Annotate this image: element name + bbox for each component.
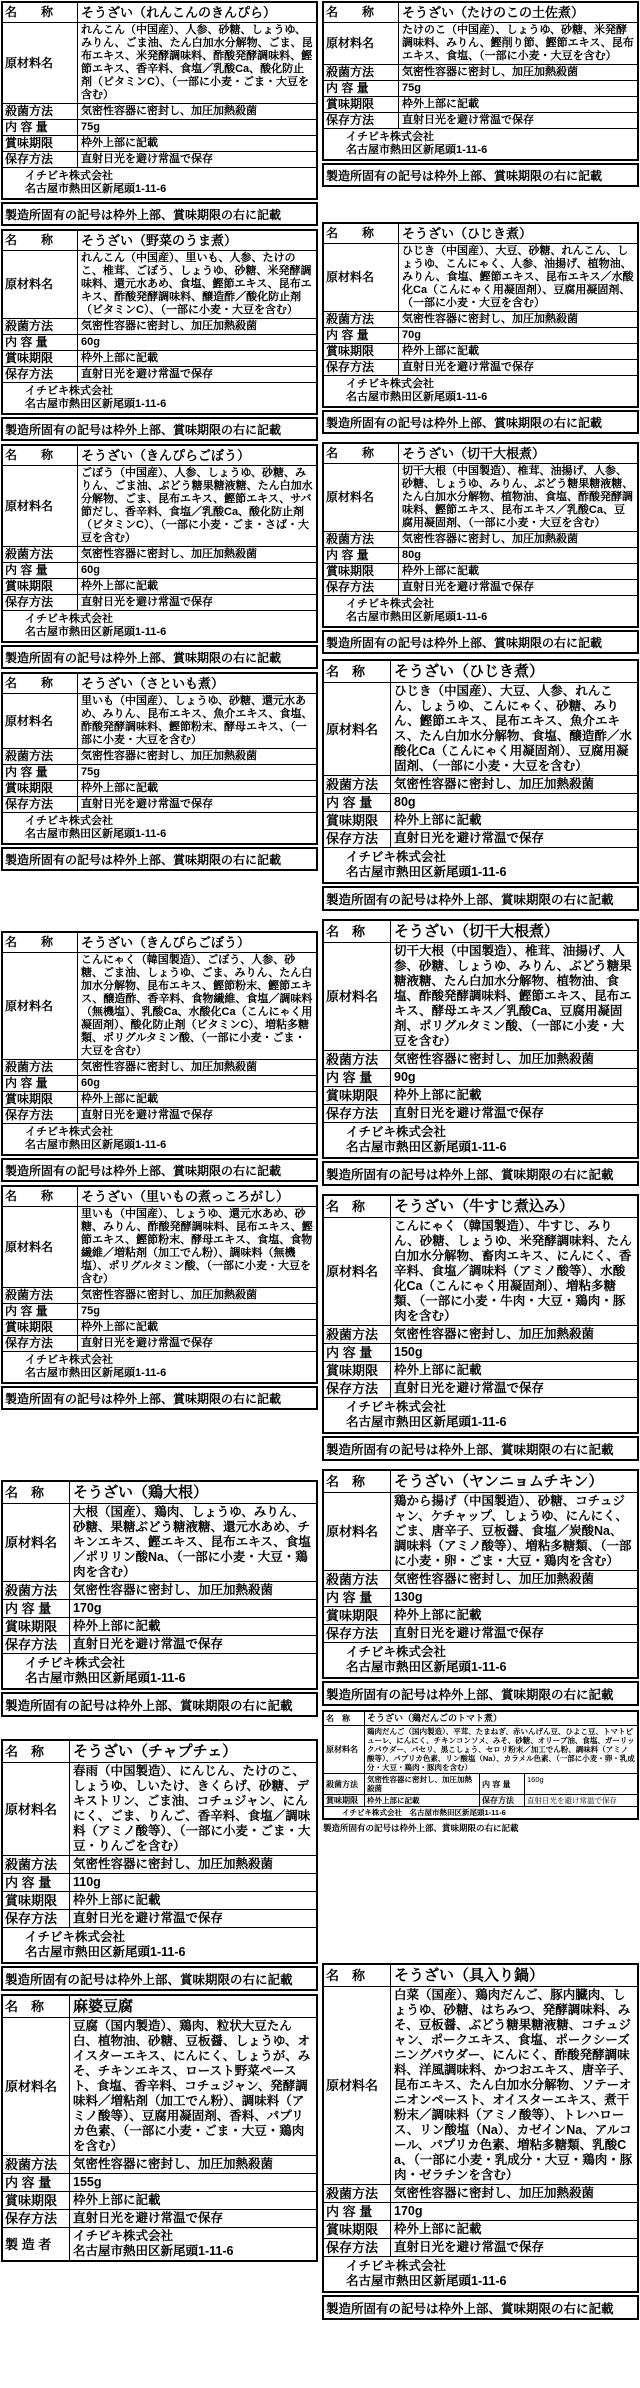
company-block: イチビキ株式会社名古屋市熱田区新尾頭1-11-6 [3, 1928, 187, 1962]
product-table: 名 称そうざい（たけのこの土佐煮）原材料名たけのこ（中国産）、しょうゆ、砂糖、米… [322, 1, 639, 161]
table-row: 殺菌方法気密性容器に密封し、加圧加熱殺菌 [324, 531, 637, 547]
table-row: 名 称そうざい（野菜のうま煮） [3, 231, 316, 250]
product-name: そうざい（野菜のうま煮） [78, 231, 316, 250]
content-label: 内 容 量 [3, 1304, 78, 1319]
seal-note: 製造所固有の記号は枠外上部、賞味期限の右に記載 [1, 1692, 318, 1717]
storage-value: 直射日光を避け常温で保存 [78, 367, 316, 382]
table-row: 殺菌方法気密性容器に密封し、加圧加熱殺菌 [3, 2155, 316, 2173]
right-column: 名 称そうざい（たけのこの土佐煮）原材料名たけのこ（中国産）、しょうゆ、砂糖、米… [322, 1, 639, 2320]
storage-value: 直射日光を避け常温で保存 [399, 113, 637, 128]
table-row: 原材料名こんにゃく（韓国製造）、ごぼう、人参、砂糖、ごま油、しょうゆ、ごま、みり… [3, 952, 316, 1059]
storage-label: 保存方法 [324, 2239, 391, 2256]
company-block: イチビキ株式会社名古屋市熱田区新尾頭1-11-6 [3, 168, 168, 198]
product-name: そうざい（ヤンニョムチキン） [391, 1471, 637, 1492]
expiry-value: 枠外上部に記載 [399, 564, 637, 579]
table-row: 原材料名れんこん（中国産）、里いも、人参、たけのこ、椎茸、ごぼう、しょうゆ、砂糖… [3, 250, 316, 318]
storage-value: 直射日光を避け常温で保存 [399, 360, 637, 375]
product-name: そうざい（さといも煮） [78, 674, 316, 693]
table-row: 殺菌方法気密性容器に密封し、加圧加熱殺菌 [324, 1325, 637, 1343]
company-address: 名古屋市熱田区新尾頭1-11-6 [346, 1660, 506, 1675]
product-table: 名 称そうざい（切干大根煮）原材料名切干大根（中国製造）、椎茸、油揚げ、人参、砂… [322, 442, 639, 628]
company-name: イチビキ株式会社 [25, 815, 166, 828]
expiry-value: 枠外上部に記載 [70, 1618, 316, 1635]
expiry-label: 賞味期限 [3, 781, 78, 796]
product-label-left-3: 名 称そうざい（きんぴらごぼう）原材料名ごぼう（中国産）、人参、しょうゆ、砂糖、… [1, 444, 318, 669]
storage-value: 直射日光を避け常温で保存 [78, 797, 316, 812]
table-row: 原材料名里いも（中国産）、しょうゆ、還元水あめ、砂糖、みりん、酢酸発酵調味料、昆… [3, 1206, 316, 1287]
table-row: 原材料名ひじき（中国産）、大豆、人参、れんこん、しょうゆ、こんにゃく、砂糖、みり… [324, 682, 637, 775]
company-name: イチビキ株式会社 [346, 378, 487, 391]
company-block: イチビキ株式会社名古屋市熱田区新尾頭1-11-6 [324, 129, 489, 159]
content-value: 75g [78, 765, 316, 780]
product-name: そうざい（切干大根煮） [399, 444, 637, 463]
sterilization-value: 気密性容器に密封し、加圧加熱殺菌 [70, 2156, 316, 2173]
content-value: 90g [391, 1069, 637, 1086]
company-block: イチビキ株式会社名古屋市熱田区新尾頭1-11-6 [3, 611, 168, 641]
company-name: イチビキ株式会社 [25, 1126, 166, 1139]
content-value: 70g [399, 328, 637, 343]
product-label-right-6: 名 称そうざい（牛すじ煮込み）原材料名こんにゃく（韓国製造）、牛すじ、みりん、砂… [322, 1194, 639, 1461]
content-label: 内 容 量 [324, 81, 399, 96]
storage-label: 保存方法 [324, 580, 399, 595]
company-address: 名古屋市熱田区新尾頭1-11-6 [73, 2244, 313, 2259]
company-block: イチビキ株式会社名古屋市熱田区新尾頭1-11-6 [324, 848, 508, 882]
storage-label: 保存方法 [324, 1625, 391, 1642]
company-row: イチビキ株式会社名古屋市熱田区新尾頭1-11-6 [324, 847, 637, 882]
sterilization-value: 気密性容器に密封し、加圧加熱殺菌 [399, 532, 637, 547]
expiry-value: 枠外上部に記載 [399, 344, 637, 359]
sterilization-label: 殺菌方法 [324, 2185, 391, 2202]
table-row: 原材料名こんにゃく（韓国製造）、牛すじ、みりん、砂糖、しょうゆ、米発酵調味料、た… [324, 1217, 637, 1325]
ingredients-label: 原材料名 [3, 1504, 70, 1581]
ingredients-label: 原材料名 [324, 1218, 391, 1325]
product-label-right-7: 名 称そうざい（ヤンニョムチキン）原材料名鶏から揚げ（中国製造）、砂糖、コチュジ… [322, 1469, 639, 1706]
table-row: 内 容 量110g [3, 1873, 316, 1891]
company-address: 名古屋市熱田区新尾頭1-11-6 [346, 2274, 506, 2289]
ingredients-label: 原材料名 [324, 464, 399, 531]
storage-value: 直射日光を避け常温で保存 [70, 2210, 316, 2227]
expiry-label: 賞味期限 [3, 579, 78, 594]
table-row: 保存方法直射日光を避け常温で保存 [324, 359, 637, 375]
ingredients-text: 鶏肉だんご（国内製造）、平茸、たまねぎ、赤いんげん豆、ひよこ豆、トマトピューレ、… [365, 1726, 637, 1773]
expiry-value: 枠外上部に記載 [78, 1320, 316, 1335]
storage-value: 直射日光を避け常温で保存 [78, 595, 316, 610]
sterilization-label: 殺菌方法 [3, 319, 78, 334]
product-label-right-4: 名 称そうざい（ひじき煮）原材料名ひじき（中国産）、大豆、人参、れんこん、しょう… [322, 659, 639, 911]
product-label-left-2: 名 称そうざい（野菜のうま煮）原材料名れんこん（中国産）、里いも、人参、たけのこ… [1, 229, 318, 441]
name-label: 名 称 [3, 1187, 78, 1206]
product-name: そうざい（きんぴらごぼう） [78, 446, 316, 465]
sterilization-value: 気密性容器に密封し、加圧加熱殺菌 [365, 1774, 479, 1794]
sterilization-value: 気密性容器に密封し、加圧加熱殺菌 [78, 104, 316, 119]
product-table: 名 称そうざい（さといも煮）原材料名里いも（中国産）、しょうゆ、砂糖、還元水あめ… [1, 672, 318, 845]
company-name: イチビキ株式会社 [25, 1930, 185, 1945]
ingredients-text: 大根（国産）、鶏肉、しょうゆ、みりん、砂糖、果糖ぶどう糖液糖、還元水あめ、チキン… [70, 1504, 316, 1581]
content-label: 内 容 量 [324, 2203, 391, 2220]
name-label: 名 称 [3, 1996, 70, 2017]
name-label: 名 称 [324, 1965, 391, 1986]
sterilization-label: 殺菌方法 [324, 312, 399, 327]
table-row: 保存方法直射日光を避け常温で保存 [324, 2238, 637, 2256]
name-label: 名 称 [324, 661, 391, 682]
company-name: イチビキ株式会社 [346, 131, 487, 144]
company-name: イチビキ株式会社 [346, 598, 487, 611]
table-row: 賞味期限枠外上部に記載 [324, 343, 637, 359]
product-table: 名 称そうざい（牛すじ煮込み）原材料名こんにゃく（韓国製造）、牛すじ、みりん、砂… [322, 1194, 639, 1434]
ingredients-text: 白菜（国産）、鶏肉だんご、豚内臓肉、しょうゆ、砂糖、はちみつ、発酵調味料、みそ、… [391, 1987, 637, 2184]
company-name: イチビキ株式会社 [25, 385, 166, 398]
company-address: 名古屋市熱田区新尾頭1-11-6 [25, 626, 166, 639]
expiry-label: 賞味期限 [324, 1607, 391, 1624]
storage-value: 直射日光を避け常温で保存 [70, 1636, 316, 1653]
expiry-value: 枠外上部に記載 [78, 781, 316, 796]
content-label: 内 容 量 [3, 2174, 70, 2191]
company-address: 名古屋市熱田区新尾頭1-11-6 [346, 1140, 506, 1155]
product-name: そうざい（鶏だんごのトマト煮） [365, 1712, 637, 1725]
company-block: イチビキ株式会社名古屋市熱田区新尾頭1-11-6 [3, 1654, 187, 1688]
table-row: 名 称そうざい（さといも煮） [3, 674, 316, 693]
sterilization-label: 殺菌方法 [324, 1571, 391, 1588]
expiry-value: 枠外上部に記載 [78, 1092, 316, 1107]
content-label: 内 容 量 [324, 328, 399, 343]
table-row: 内 容 量60g [3, 1075, 316, 1091]
company-block: イチビキ株式会社名古屋市熱田区新尾頭1-11-6 [3, 1124, 168, 1154]
product-table: 名 称そうざい（ひじき煮）原材料名ひじき（中国産）、大豆、砂糖、れんこん、しょう… [322, 222, 639, 408]
product-label-left-6: 名 称そうざい（里いもの煮っころがし）原材料名里いも（中国産）、しょうゆ、還元水… [1, 1185, 318, 1410]
ingredients-label: 原材料名 [324, 943, 391, 1050]
expiry-label: 賞味期限 [3, 2192, 70, 2209]
content-value: 110g [70, 1874, 316, 1891]
table-row: 賞味期限枠外上部に記載 [3, 780, 316, 796]
sterilization-label: 殺菌方法 [324, 1326, 391, 1343]
company-address: 名古屋市熱田区新尾頭1-11-6 [25, 1367, 166, 1380]
company-block: イチビキ株式会社名古屋市熱田区新尾頭1-11-6 [3, 383, 168, 413]
seal-note: 製造所固有の記号は枠外上部、賞味期限の右に記載 [322, 886, 639, 911]
product-name: そうざい（きんぴらごぼう） [78, 933, 316, 952]
company-address: 名古屋市熱田区新尾頭1-11-6 [25, 1671, 185, 1686]
expiry-label: 賞味期限 [3, 1092, 78, 1107]
company-row: イチビキ株式会社名古屋市熱田区新尾頭1-11-6 [3, 610, 316, 641]
product-table: 名 称そうざい（具入り鍋）原材料名白菜（国産）、鶏肉だんご、豚内臓肉、しょうゆ、… [322, 1963, 639, 2293]
expiry-label: 賞味期限 [3, 1618, 70, 1635]
product-table: 名 称そうざい（れんこんのきんぴら）原材料名れんこん（中国産）、人参、砂糖、しょ… [1, 1, 318, 200]
expiry-label: 賞味期限 [324, 1795, 365, 1806]
company-name: イチビキ株式会社 [346, 1400, 506, 1415]
table-row: 保存方法直射日光を避け常温で保存 [3, 1909, 316, 1927]
content-value: 155g [70, 2174, 316, 2191]
left-column: 名 称そうざい（れんこんのきんぴら）原材料名れんこん（中国産）、人参、砂糖、しょ… [1, 1, 318, 2320]
table-row: 原材料名春雨（中国製造）、にんじん、たけのこ、しょうゆ、しいたけ、きくらげ、砂糖… [3, 1762, 316, 1855]
table-row: 賞味期限枠外上部に記載 [3, 350, 316, 366]
table-row: 保存方法直射日光を避け常温で保存 [324, 1624, 637, 1642]
name-label: 名 称 [3, 231, 78, 250]
seal-note: 製造所固有の記号は枠外上部、賞味期限の右に記載 [1, 1386, 318, 1410]
product-name: そうざい（鶏大根） [70, 1482, 316, 1503]
name-label: 名 称 [3, 674, 78, 693]
sterilization-value: 気密性容器に密封し、加圧加熱殺菌 [391, 2185, 637, 2202]
product-table: 名 称そうざい（チャプチェ）原材料名春雨（中国製造）、にんじん、たけのこ、しょう… [1, 1739, 318, 1964]
storage-value: 直射日光を避け常温で保存 [391, 1625, 637, 1642]
table-row: 名 称そうざい（たけのこの土佐煮） [324, 3, 637, 22]
company-block: イチビキ株式会社名古屋市熱田区新尾頭1-11-6 [324, 2257, 508, 2291]
product-label-left-9: 名 称麻婆豆腐原材料名豆腐（国内製造）、鶏肉、粒状大豆たん白、植物油、砂糖、豆板… [1, 1994, 318, 2262]
product-table: 名 称そうざい（野菜のうま煮）原材料名れんこん（中国産）、里いも、人参、たけのこ… [1, 229, 318, 415]
table-row: 原材料名ごぼう（中国産）、人参、しょうゆ、砂糖、みりん、ごま油、ぶどう糖果糖液糖… [3, 465, 316, 546]
company-block: イチビキ株式会社名古屋市熱田区新尾頭1-11-6 [3, 1352, 168, 1382]
product-name: そうざい（牛すじ煮込み） [391, 1196, 637, 1217]
table-row: 内 容 量170g [3, 1599, 316, 1617]
ingredients-text: こんにゃく（韓国製造）、牛すじ、みりん、砂糖、しょうゆ、米発酵調味料、たん白加水… [391, 1218, 637, 1325]
table-row: 賞味期限枠外上部に記載 [3, 1319, 316, 1335]
company-name: イチビキ株式会社 [25, 613, 166, 626]
seal-note: 製造所固有の記号は枠外上部、賞味期限の右に記載 [1, 847, 318, 871]
name-label: 名 称 [324, 224, 399, 243]
company-inline: イチビキ株式会社 名古屋市熱田区新尾頭1-11-6 [324, 1807, 508, 1818]
name-label: 名 称 [3, 446, 78, 465]
company-row: イチビキ株式会社名古屋市熱田区新尾頭1-11-6 [3, 1351, 316, 1382]
ingredients-label: 原材料名 [324, 23, 399, 64]
content-value: 160g [525, 1774, 637, 1794]
table-row: 名 称そうざい（チャプチェ） [3, 1741, 316, 1762]
ingredients-text: 切干大根（中国製造）、椎茸、油揚げ、人参、砂糖、しょうゆ、みりん、ぶどう糖果糖液… [399, 464, 637, 531]
table-row: 内 容 量80g [324, 793, 637, 811]
table-row: 内 容 量80g [324, 547, 637, 563]
table-row: 名 称そうざい（具入り鍋） [324, 1965, 637, 1986]
company-row: イチビキ株式会社名古屋市熱田区新尾頭1-11-6 [3, 812, 316, 843]
table-row: 原材料名ひじき（中国産）、大豆、砂糖、れんこん、しょうゆ、こんにゃく、人参、油揚… [324, 243, 637, 311]
sterilization-label: 殺菌方法 [324, 1774, 365, 1794]
sterilization-value: 気密性容器に密封し、加圧加熱殺菌 [78, 319, 316, 334]
table-row: 原材料名切干大根（中国製造）、椎茸、油揚げ、人参、砂糖、しょうゆ、みりん、ぶどう… [324, 463, 637, 531]
sterilization-label: 殺菌方法 [324, 65, 399, 80]
manufacturer-value: イチビキ株式会社名古屋市熱田区新尾頭1-11-6 [70, 2228, 316, 2260]
table-row: 原材料名鶏から揚げ（中国製造）、砂糖、コチュジャン、ケチャップ、しょうゆ、にんに… [324, 1492, 637, 1570]
storage-label: 保存方法 [3, 1336, 78, 1351]
table-row: 名 称そうざい（れんこんのきんぴら） [3, 3, 316, 22]
company-row: イチビキ株式会社名古屋市熱田区新尾頭1-11-6 [3, 1927, 316, 1962]
storage-label: 保存方法 [3, 797, 78, 812]
name-label: 名 称 [3, 1741, 70, 1762]
expiry-value: 枠外上部に記載 [70, 1892, 316, 1909]
expiry-label: 賞味期限 [3, 351, 78, 366]
storage-label: 保存方法 [3, 1636, 70, 1653]
content-label: 内 容 量 [3, 1076, 78, 1091]
label-sheet: 名 称そうざい（れんこんのきんぴら）原材料名れんこん（中国産）、人参、砂糖、しょ… [0, 0, 640, 2320]
table-row: 保存方法直射日光を避け常温で保存 [324, 829, 637, 847]
table-row: 保存方法直射日光を避け常温で保存 [3, 796, 316, 812]
content-value: 75g [78, 1304, 316, 1319]
table-row: 賞味期限枠外上部に記載 [324, 811, 637, 829]
company-address: 名古屋市熱田区新尾頭1-11-6 [346, 1415, 506, 1430]
table-row: 賞味期限枠外上部に記載 [3, 1091, 316, 1107]
expiry-label: 賞味期限 [324, 812, 391, 829]
product-table: 名 称そうざい（鶏だんごのトマト煮）原材料名鶏肉だんご（国内製造）、平茸、たまね… [322, 1710, 639, 1820]
product-name: そうざい（たけのこの土佐煮） [399, 3, 637, 22]
storage-label: 保存方法 [324, 360, 399, 375]
product-name: そうざい（具入り鍋） [391, 1965, 637, 1986]
storage-value: 直射日光を避け常温で保存 [78, 152, 316, 167]
storage-label: 保存方法 [324, 1105, 391, 1122]
content-label: 内 容 量 [3, 765, 78, 780]
sterilization-value: 気密性容器に密封し、加圧加熱殺菌 [391, 776, 637, 793]
table-row: 保存方法直射日光を避け常温で保存 [324, 112, 637, 128]
product-label-right-8: 名 称そうざい（鶏だんごのトマト煮）原材料名鶏肉だんご（国内製造）、平茸、たまね… [322, 1710, 639, 1835]
sterilization-label: 殺菌方法 [324, 532, 399, 547]
product-table: 名 称そうざい（きんぴらごぼう）原材料名ごぼう（中国産）、人参、しょうゆ、砂糖、… [1, 444, 318, 643]
table-row: 殺菌方法気密性容器に密封し、加圧加熱殺菌 [324, 775, 637, 793]
sterilization-label: 殺菌方法 [3, 2156, 70, 2173]
table-row: 保存方法直射日光を避け常温で保存 [324, 579, 637, 595]
product-table: 名 称そうざい（鶏大根）原材料名大根（国産）、鶏肉、しょうゆ、みりん、砂糖、果糖… [1, 1480, 318, 1690]
sterilization-label: 殺菌方法 [3, 547, 78, 562]
ingredients-text: たけのこ（中国産）、しょうゆ、砂糖、米発酵調味料、みりん、鰹削り節、鰹節エキス、… [399, 23, 637, 64]
storage-value: 直射日光を避け常温で保存 [70, 1910, 316, 1927]
expiry-value: 枠外上部に記載 [399, 97, 637, 112]
table-row: 保存方法直射日光を避け常温で保存 [3, 366, 316, 382]
company-row: イチビキ株式会社名古屋市熱田区新尾頭1-11-6 [3, 382, 316, 413]
table-row: 殺菌方法気密性容器に密封し、加圧加熱殺菌 [324, 1570, 637, 1588]
table-row: 原材料名れんこん（中国産）、人参、砂糖、しょうゆ、みりん、ごま油、たん白加水分解… [3, 22, 316, 103]
storage-value: 直射日光を避け常温で保存 [525, 1795, 637, 1806]
ingredients-text: 豆腐（国内製造）、鶏肉、粒状大豆たん白、植物油、砂糖、豆板醤、しょうゆ、オイスタ… [70, 2018, 316, 2155]
seal-note: 製造所固有の記号は枠外上部、賞味期限の右に記載 [322, 1821, 639, 1835]
table-row: 殺菌方法気密性容器に密封し、加圧加熱殺菌 [3, 546, 316, 562]
table-row: 賞味期限枠外上部に記載 [324, 563, 637, 579]
company-name: イチビキ株式会社 [346, 850, 506, 865]
company-block: イチビキ株式会社名古屋市熱田区新尾頭1-11-6 [3, 813, 168, 843]
product-name: そうざい（ひじき煮） [391, 661, 637, 682]
content-value: 60g [78, 335, 316, 350]
storage-label: 保存方法 [3, 1910, 70, 1927]
product-name: そうざい（れんこんのきんぴら） [78, 3, 316, 22]
storage-value: 直射日光を避け常温で保存 [391, 830, 637, 847]
table-row: 内 容 量75g [3, 119, 316, 135]
expiry-value: 枠外上部に記載 [391, 1607, 637, 1624]
table-row: 原材料名大根（国産）、鶏肉、しょうゆ、みりん、砂糖、果糖ぶどう糖液糖、還元水あめ… [3, 1503, 316, 1581]
table-row: 名 称そうざい（切干大根煮） [324, 444, 637, 463]
company-address: 名古屋市熱田区新尾頭1-11-6 [25, 398, 166, 411]
ingredients-label: 原材料名 [324, 1987, 391, 2184]
table-row: 殺菌方法気密性容器に密封し、加圧加熱殺菌 [3, 1059, 316, 1075]
table-row: 殺菌方法気密性容器に密封し、加圧加熱殺菌 [324, 311, 637, 327]
product-table: 名 称麻婆豆腐原材料名豆腐（国内製造）、鶏肉、粒状大豆たん白、植物油、砂糖、豆板… [1, 1994, 318, 2262]
table-row: 原材料名たけのこ（中国産）、しょうゆ、砂糖、米発酵調味料、みりん、鰹削り節、鰹節… [324, 22, 637, 64]
table-row: 保存方法直射日光を避け常温で保存 [3, 1335, 316, 1351]
table-row: 内 容 量75g [3, 1303, 316, 1319]
storage-label: 保存方法 [324, 113, 399, 128]
sterilization-value: 気密性容器に密封し、加圧加熱殺菌 [391, 1326, 637, 1343]
storage-label: 保存方法 [479, 1795, 525, 1806]
name-label: 名 称 [3, 933, 78, 952]
storage-label: 保存方法 [324, 1380, 391, 1397]
sterilization-label: 殺菌方法 [3, 1288, 78, 1303]
storage-label: 保存方法 [3, 1108, 78, 1123]
ingredients-text: こんにゃく（韓国製造）、ごぼう、人参、砂糖、ごま油、しょうゆ、ごま、みりん、たん… [78, 953, 316, 1059]
seal-note: 製造所固有の記号は枠外上部、賞味期限の右に記載 [322, 163, 639, 187]
table-row: 原材料名切干大根（中国製造）、椎茸、油揚げ、人参、砂糖、しょうゆ、みりん、ぶどう… [324, 942, 637, 1050]
expiry-label: 賞味期限 [324, 2221, 391, 2238]
table-row: 殺菌方法気密性容器に密封し、加圧加熱殺菌 [3, 1855, 316, 1873]
expiry-value: 枠外上部に記載 [78, 579, 316, 594]
expiry-value: 枠外上部に記載 [78, 136, 316, 151]
sterilization-value: 気密性容器に密封し、加圧加熱殺菌 [70, 1582, 316, 1599]
table-row: 保存方法直射日光を避け常温で保存 [3, 2209, 316, 2227]
company-address: 名古屋市熱田区新尾頭1-11-6 [346, 611, 487, 624]
product-label-right-2: 名 称そうざい（ひじき煮）原材料名ひじき（中国産）、大豆、砂糖、れんこん、しょう… [322, 222, 639, 434]
ingredients-label: 原材料名 [324, 1726, 365, 1773]
ingredients-text: 里いも（中国産）、しょうゆ、砂糖、還元水あめ、みりん、昆布エキス、魚介エキス、食… [78, 694, 316, 748]
expiry-value: 枠外上部に記載 [365, 1795, 479, 1806]
ingredients-text: ごぼう（中国産）、人参、しょうゆ、砂糖、みりん、ごま油、ぶどう糖果糖液糖、たん白… [78, 466, 316, 546]
ingredients-label: 原材料名 [3, 23, 78, 103]
storage-value: 直射日光を避け常温で保存 [391, 1105, 637, 1122]
content-value: 75g [399, 81, 637, 96]
sterilization-label: 殺菌方法 [3, 749, 78, 764]
product-label-right-5: 名 称そうざい（切干大根煮）原材料名切干大根（中国製造）、椎茸、油揚げ、人参、砂… [322, 919, 639, 1186]
sterilization-value: 気密性容器に密封し、加圧加熱殺菌 [78, 547, 316, 562]
ingredients-label: 原材料名 [3, 1207, 78, 1287]
ingredients-text: 切干大根（中国製造）、椎茸、油揚げ、人参、砂糖、しょうゆ、みりん、ぶどう糖果糖液… [391, 943, 637, 1050]
product-label-left-5: 名 称そうざい（きんぴらごぼう）原材料名こんにゃく（韓国製造）、ごぼう、人参、砂… [1, 931, 318, 1182]
ingredients-text: 里いも（中国産）、しょうゆ、還元水あめ、砂糖、みりん、酢酸発酵調味料、昆布エキス… [78, 1207, 316, 1287]
company-name: イチビキ株式会社 [346, 1645, 506, 1660]
table-row: 殺菌方法気密性容器に密封し、加圧加熱殺菌内 容 量160g [324, 1773, 637, 1794]
ingredients-label: 原材料名 [3, 466, 78, 546]
table-row: 名 称そうざい（ヤンニョムチキン） [324, 1471, 637, 1492]
table-row: 内 容 量60g [3, 334, 316, 350]
ingredients-label: 原材料名 [3, 953, 78, 1059]
company-row: イチビキ株式会社名古屋市熱田区新尾頭1-11-6 [324, 128, 637, 159]
ingredients-label: 原材料名 [3, 251, 78, 318]
product-label-right-9: 名 称そうざい（具入り鍋）原材料名白菜（国産）、鶏肉だんご、豚内臓肉、しょうゆ、… [322, 1963, 639, 2320]
manufacturer-row: 製 造 者イチビキ株式会社名古屋市熱田区新尾頭1-11-6 [3, 2227, 316, 2260]
table-row: 名 称そうざい（切干大根煮） [324, 921, 637, 942]
seal-note: 製造所固有の記号は枠外上部、賞味期限の右に記載 [322, 2295, 639, 2320]
content-value: 130g [391, 1589, 637, 1606]
table-row: 賞味期限枠外上部に記載 [3, 1617, 316, 1635]
company-name: イチビキ株式会社 [346, 1125, 506, 1140]
company-block: イチビキ株式会社名古屋市熱田区新尾頭1-11-6 [324, 1398, 508, 1432]
company-row: イチビキ株式会社 名古屋市熱田区新尾頭1-11-6 [324, 1806, 637, 1818]
name-label: 名 称 [324, 444, 399, 463]
content-value: 150g [391, 1344, 637, 1361]
company-row: イチビキ株式会社名古屋市熱田区新尾頭1-11-6 [324, 375, 637, 406]
content-value: 80g [399, 548, 637, 563]
ingredients-text: れんこん（中国産）、里いも、人参、たけのこ、椎茸、ごぼう、しょうゆ、砂糖、米発酵… [78, 251, 316, 318]
table-row: 賞味期限枠外上部に記載 [324, 1361, 637, 1379]
table-row: 賞味期限枠外上部に記載 [3, 1891, 316, 1909]
ingredients-label: 原材料名 [3, 2018, 70, 2155]
sterilization-value: 気密性容器に密封し、加圧加熱殺菌 [391, 1571, 637, 1588]
ingredients-label: 原材料名 [324, 683, 391, 775]
table-row: 原材料名豆腐（国内製造）、鶏肉、粒状大豆たん白、植物油、砂糖、豆板醤、しょうゆ、… [3, 2017, 316, 2155]
content-label: 内 容 量 [324, 1069, 391, 1086]
expiry-value: 枠外上部に記載 [78, 351, 316, 366]
product-name: そうざい（里いもの煮っころがし） [78, 1187, 316, 1206]
company-address: 名古屋市熱田区新尾頭1-11-6 [25, 1139, 166, 1152]
company-row: イチビキ株式会社名古屋市熱田区新尾頭1-11-6 [324, 2256, 637, 2291]
table-row: 殺菌方法気密性容器に密封し、加圧加熱殺菌 [324, 2184, 637, 2202]
manufacturer-label: 製 造 者 [3, 2228, 70, 2260]
table-row: 内 容 量170g [324, 2202, 637, 2220]
content-label: 内 容 量 [3, 1600, 70, 1617]
table-row: 名 称そうざい（鶏だんごのトマト煮） [324, 1712, 637, 1725]
storage-value: 直射日光を避け常温で保存 [391, 1380, 637, 1397]
table-row: 保存方法直射日光を避け常温で保存 [3, 151, 316, 167]
table-row: 殺菌方法気密性容器に密封し、加圧加熱殺菌 [3, 1287, 316, 1303]
seal-note: 製造所固有の記号は枠外上部、賞味期限の右に記載 [322, 1436, 639, 1461]
product-name: 麻婆豆腐 [70, 1996, 316, 2017]
